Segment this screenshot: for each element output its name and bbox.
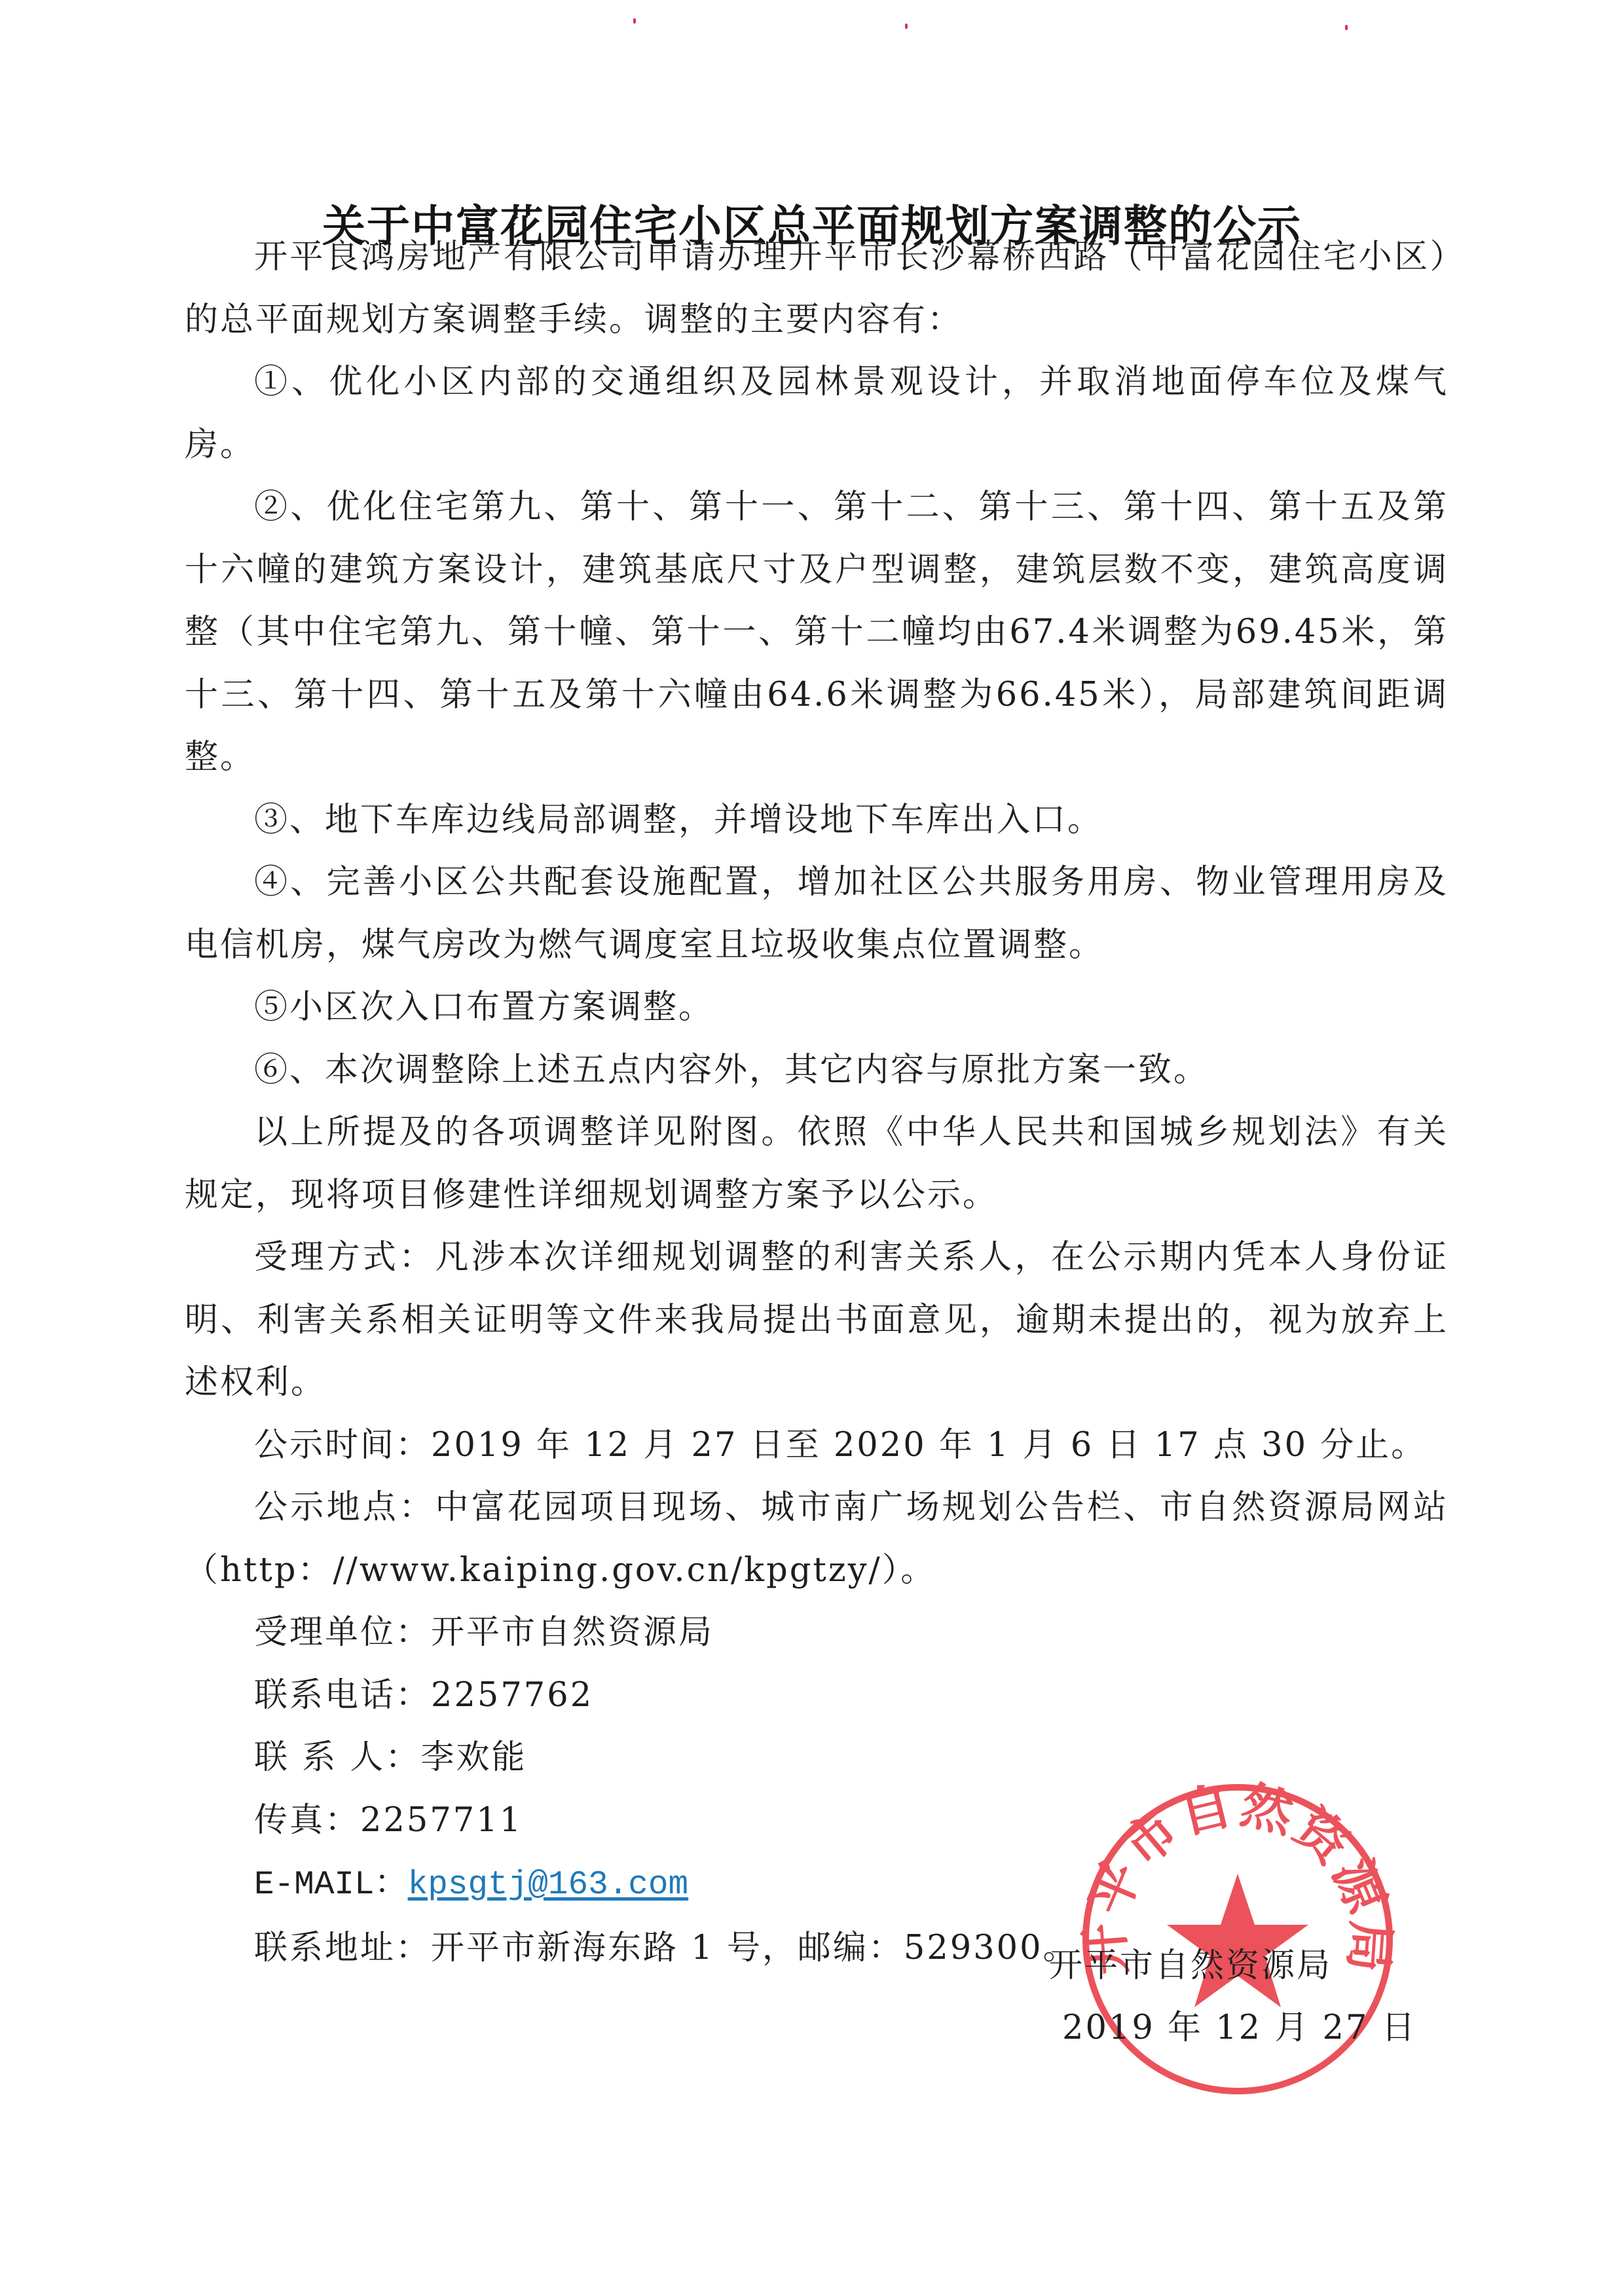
email-link[interactable]: kpsgtj@163.com [408, 1867, 688, 1904]
scan-speck [1345, 25, 1348, 30]
contact-email-label: E-MAIL： [254, 1867, 408, 1904]
contact-phone-value: 2257762 [431, 1676, 593, 1715]
intro-paragraph: 开平良鸿房地产有限公司申请办理开平市长沙幕桥西路（中富花园住宅小区）的总平面规划… [185, 226, 1449, 351]
scan-speck [905, 24, 908, 29]
contact-unit: 受理单位：开平市自然资源局 [185, 1601, 1449, 1664]
contact-fax-label: 传真： [254, 1801, 360, 1840]
adjustment-item-2: ②、优化住宅第九、第十、第十一、第十二、第十三、第十四、第十五及第十六幢的建筑方… [185, 476, 1449, 789]
scan-speck [633, 18, 636, 24]
acceptance-method-paragraph: 受理方式：凡涉本次详细规划调整的利害关系人，在公示期内凭本人身份证明、利害关系相… [185, 1226, 1449, 1414]
contact-phone-label: 联系电话： [254, 1676, 431, 1715]
notice-location: 公示地点：中富花园项目现场、城市南广场规划公告栏、市自然资源局网站（http：/… [185, 1476, 1449, 1601]
signature-date: 2019 年 12 月 27 日 [1062, 2000, 1417, 2049]
adjustment-item-3: ③、地下车库边线局部调整，并增设地下车库出入口。 [185, 789, 1449, 852]
contact-phone: 联系电话：2257762 [185, 1664, 1449, 1727]
adjustment-item-5: ⑤小区次入口布置方案调整。 [185, 976, 1449, 1039]
contact-fax-value: 2257711 [360, 1801, 523, 1840]
document-body: 开平良鸿房地产有限公司申请办理开平市长沙幕桥西路（中富花园住宅小区）的总平面规划… [185, 226, 1449, 1979]
adjustment-item-4: ④、完善小区公共配套设施配置，增加社区公共服务用房、物业管理用房及电信机房，煤气… [185, 851, 1449, 976]
document-page: 关于中富花园住宅小区总平面规划方案调整的公示 开平良鸿房地产有限公司申请办理开平… [0, 0, 1624, 2296]
contact-person-label: 联 系 人： [254, 1738, 420, 1777]
contact-address-label: 联系地址： [254, 1929, 431, 1967]
contact-unit-label: 受理单位： [254, 1613, 431, 1652]
adjustment-item-6: ⑥、本次调整除上述五点内容外，其它内容与原批方案一致。 [185, 1039, 1449, 1102]
contact-address-value: 开平市新海东路 1 号，邮编：529300。 [431, 1929, 1079, 1967]
legal-basis-paragraph: 以上所提及的各项调整详见附图。依照《中华人民共和国城乡规划法》有关规定，现将项目… [185, 1101, 1449, 1226]
adjustment-item-1: ①、优化小区内部的交通组织及园林景观设计，并取消地面停车位及煤气房。 [185, 351, 1449, 476]
signature-organization: 开平市自然资源局 [1049, 1938, 1332, 1986]
contact-unit-value: 开平市自然资源局 [431, 1613, 714, 1652]
contact-person-value: 李欢能 [420, 1738, 526, 1777]
notice-period: 公示时间：2019 年 12 月 27 日至 2020 年 1 月 6 日 17… [185, 1414, 1449, 1477]
